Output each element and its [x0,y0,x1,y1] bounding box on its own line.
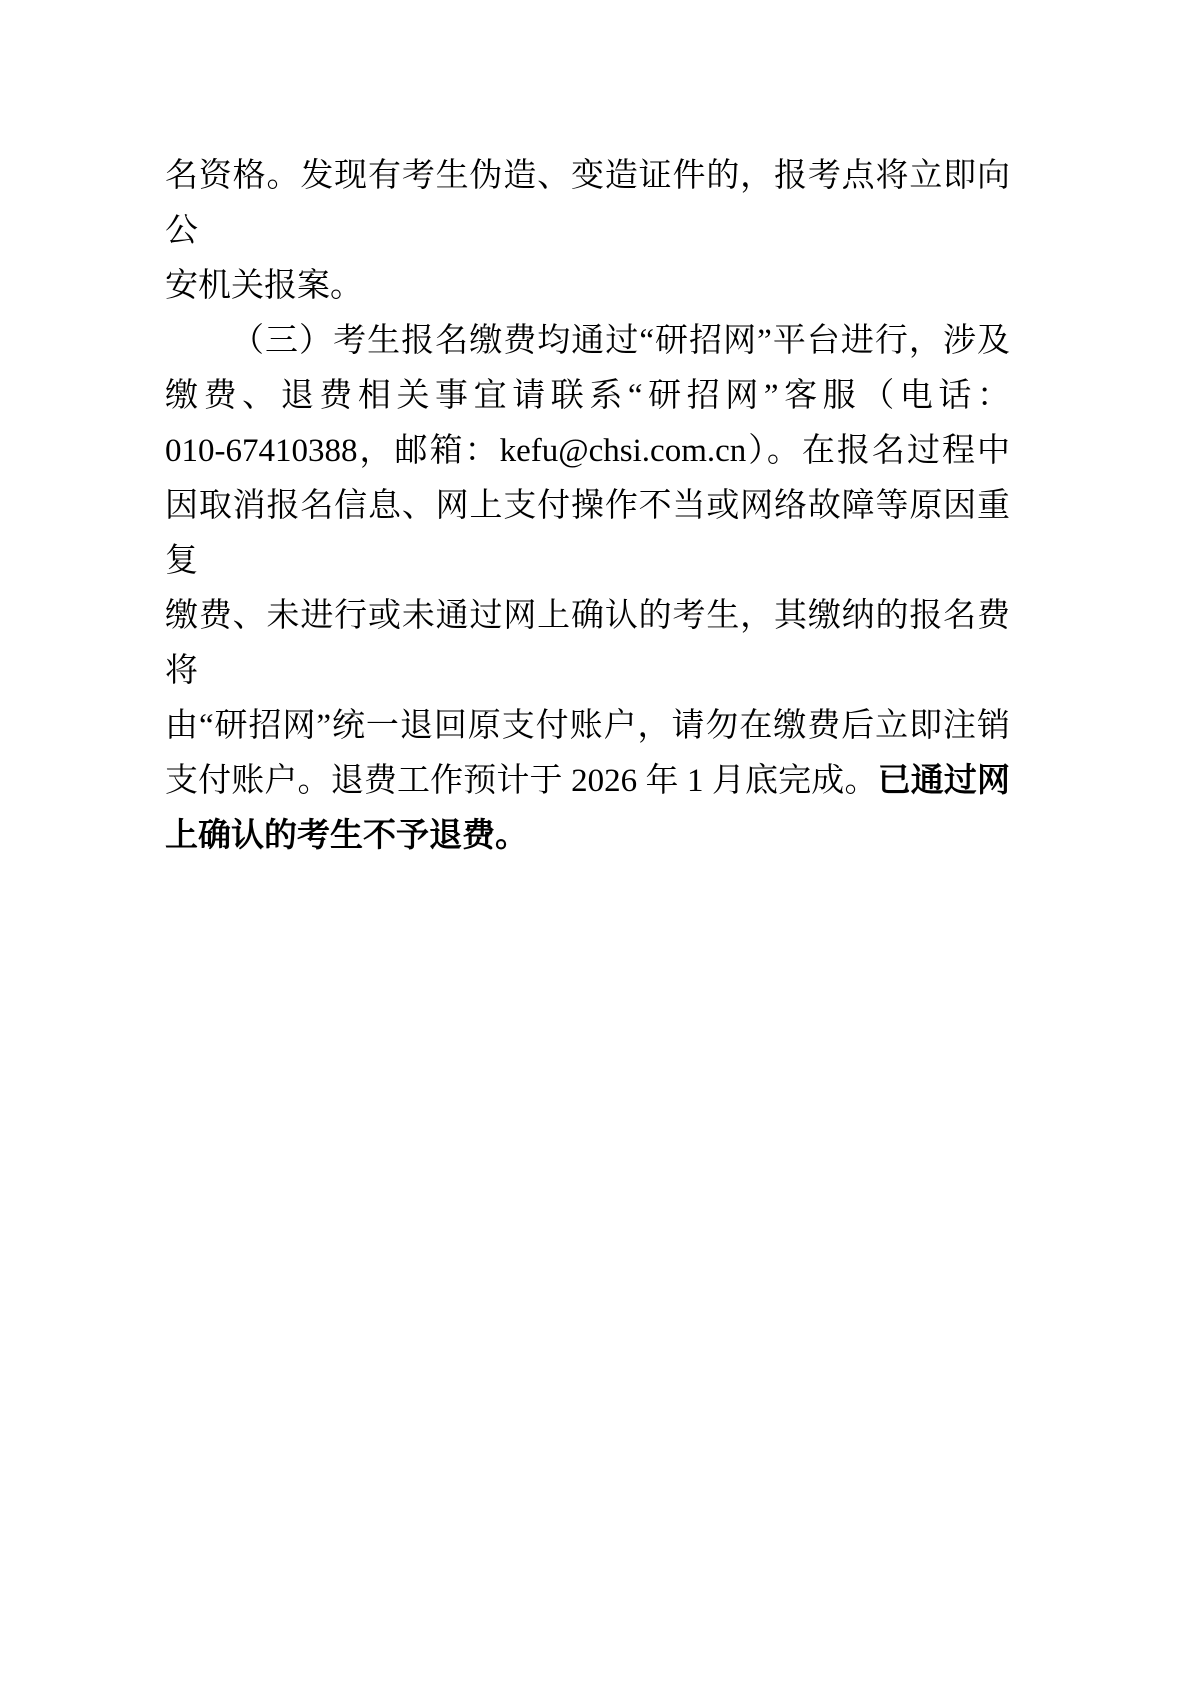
para2-line8-bold-emphasis: 上确认的考生不予退费。 [165,809,1010,864]
para1-line1: 名资格。发现有考生伪造、变造证件的，报考点将立即向公 [165,149,1010,259]
para2-line4: 因取消报名信息、网上支付操作不当或网络故障等原因重复 [165,479,1010,589]
para2-line7-bold-emphasis: 已通过网 [878,763,1010,799]
document-page: 名资格。发现有考生伪造、变造证件的，报考点将立即向公 安机关报案。 （三）考生报… [0,0,1191,1684]
para2-line7: 支付账户。退费工作预计于 2026 年 1 月底完成。已通过网 [165,754,1010,809]
document-page-background: { "colors": { "background": "#ffffff", "… [0,0,1191,1684]
para2-line5: 缴费、未进行或未通过网上确认的考生，其缴纳的报名费将 [165,589,1010,699]
para2-line7-normal-text: 支付账户。退费工作预计于 2026 年 1 月底完成。 [165,763,878,799]
para2-line6: 由“研招网”统一退回原支付账户，请勿在缴费后立即注销 [165,699,1010,754]
para2-line3: 010-67410388，邮箱：kefu@chsi.com.cn）。在报名过程中 [165,424,1010,479]
document-text-block: 名资格。发现有考生伪造、变造证件的，报考点将立即向公 安机关报案。 （三）考生报… [165,149,1010,864]
para2-line1: （三）考生报名缴费均通过“研招网”平台进行，涉及 [165,314,1010,369]
para1-line2: 安机关报案。 [165,259,1010,314]
para2-line2: 缴费、退费相关事宜请联系“研招网”客服（电话： [165,369,1010,424]
